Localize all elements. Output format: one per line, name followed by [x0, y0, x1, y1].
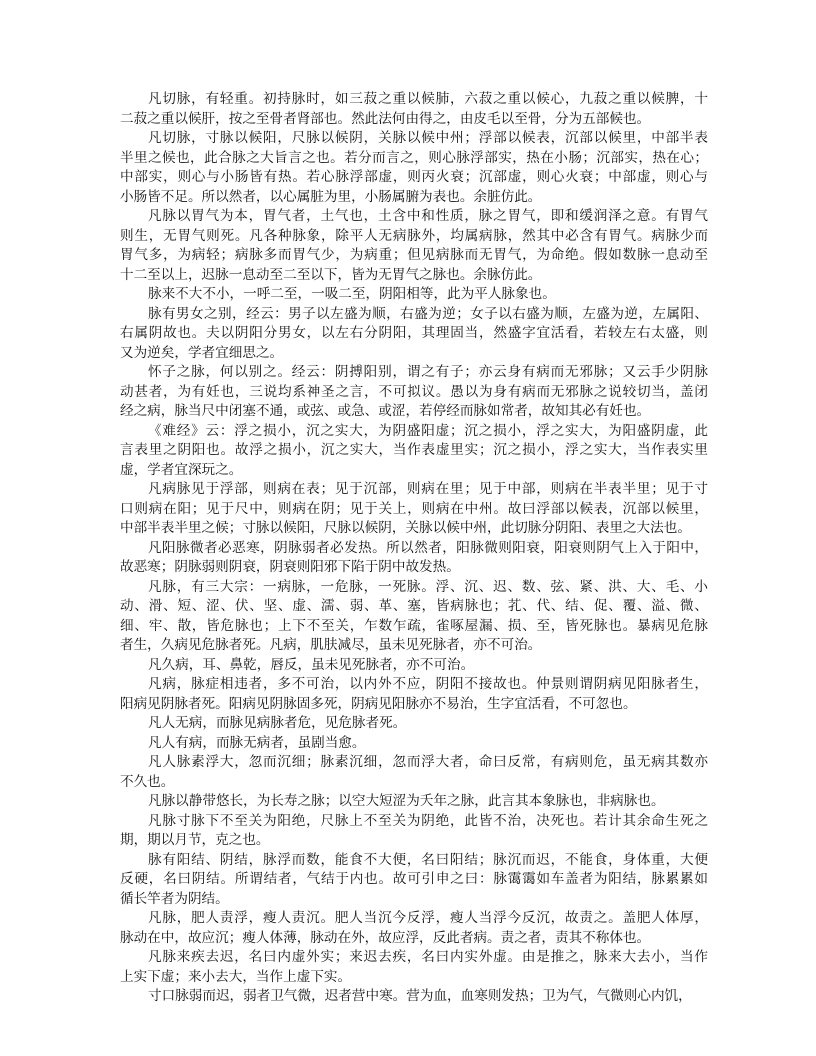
text-line: 阳病见阴脉者死。阳病见阴脉固多死，阴病见阳脉亦不易治，生字宜活看，不可忽也。 [120, 695, 708, 715]
text-line: 凡脉以胃气为本，胃气者，土气也，土含中和性质，脉之胃气，即和缓润泽之意。有胃气 [120, 207, 708, 227]
text-line: 循长竿者为阴结。 [120, 890, 708, 910]
text-line: 凡人无病，而脉见病脉者危，见危脉者死。 [120, 714, 708, 734]
paragraph: 凡人脉素浮大，忽而沉细；脉素沉细，忽而浮大者，命曰反常，有病则危，虽无病其数亦不… [120, 753, 708, 792]
paragraph: 怀子之脉，何以别之。经云：阴搏阳别，谓之有子；亦云身有病而无邪脉；又云手少阴脉动… [120, 363, 708, 422]
paragraph: 寸口脉弱而迟，弱者卫气微，迟者营中寒。营为血，血寒则发热；卫为气，气微则心内饥， [120, 987, 708, 1007]
text-line: 言表里之阴阳也。故浮之损小，沉之实大，当作表虚里实；沉之损小，浮之实大，当作表实… [120, 441, 708, 461]
text-line: 凡病脉见于浮部，则病在表；见于沉部，则病在里；见于中部，则病在半表半里；见于寸 [120, 480, 708, 500]
text-line: 半里之候也，此合脉之大旨言之也。若分而言之，则心脉浮部实，热在小肠；沉部实，热在… [120, 149, 708, 169]
text-line: 右属阴故也。夫以阴阳分男女，以左右分阴阳，其理固当，然盛字宜活看，若较左右太盛，… [120, 324, 708, 344]
text-line: 凡脉，肥人责浮，瘦人责沉。肥人当沉今反浮，瘦人当浮今反沉，故责之。盖肥人体厚， [120, 909, 708, 929]
paragraph: 凡切脉，有轻重。初持脉时，如三菽之重以候肺，六菽之重以候心，九菽之重以候脾，十二… [120, 90, 708, 129]
text-line: 脉动在中，故应沉；瘦人体薄，脉动在外，故应浮，反此者病。责之者，责其不称体也。 [120, 929, 708, 949]
paragraph: 凡人无病，而脉见病脉者危，见危脉者死。 [120, 714, 708, 734]
text-line: 凡脉以静带悠长，为长寿之脉；以空大短涩为夭年之脉，此言其本象脉也，非病脉也。 [120, 792, 708, 812]
text-line: 十二至以上，迟脉一息动至二至以下，皆为无胃气之脉也。余脉仿此。 [120, 266, 708, 286]
text-line: 脉来不大不小，一呼二至，一吸二至，阴阳相等，此为平人脉象也。 [120, 285, 708, 305]
text-line: 凡人有病，而脉无病者，虽剧当愈。 [120, 734, 708, 754]
text-line: 上实下虚；来小去大，当作上虚下实。 [120, 968, 708, 988]
text-line: 反硬，名曰阴结。所谓结者，气结于内也。故可引申之曰：脉霭霭如车盖者为阳结，脉累累… [120, 870, 708, 890]
text-line: 虚，学者宜深玩之。 [120, 461, 708, 481]
paragraph: 凡病脉见于浮部，则病在表；见于沉部，则病在里；见于中部，则病在半表半里；见于寸口… [120, 480, 708, 539]
paragraph: 凡脉寸脉下不至关为阳绝，尺脉上不至关为阴绝，此皆不治，决死也。若计其余命生死之期… [120, 812, 708, 851]
text-line: 怀子之脉，何以别之。经云：阴搏阳别，谓之有子；亦云身有病而无邪脉；又云手少阴脉 [120, 363, 708, 383]
text-line: 中部半表半里之候；寸脉以候阳，尺脉以候阴，关脉以候中州，此切脉分阴阳、表里之大法… [120, 519, 708, 539]
text-line: 凡切脉，有轻重。初持脉时，如三菽之重以候肺，六菽之重以候心，九菽之重以候脾，十 [120, 90, 708, 110]
text-line: 凡脉来疾去迟，名曰内虚外实；来迟去疾，名曰内实外虚。由是推之，脉来大去小，当作 [120, 948, 708, 968]
paragraph: 凡脉以胃气为本，胃气者，土气也，土含中和性质，脉之胃气，即和缓润泽之意。有胃气则… [120, 207, 708, 285]
text-line: 凡病，脉症相违者，多不可治，以内外不应，阴阳不接故也。仲景则谓阴病见阳脉者生， [120, 675, 708, 695]
text-line: 小肠皆不足。所以然者，以心属脏为里，小肠属腑为表也。余脏仿此。 [120, 188, 708, 208]
text-line: 脉有男女之别，经云：男子以左盛为顺，右盛为逆；女子以右盛为顺，左盛为逆，左属阳、 [120, 305, 708, 325]
paragraph: 凡人有病，而脉无病者，虽剧当愈。 [120, 734, 708, 754]
paragraph: 脉有阳结、阴结，脉浮而数，能食不大便，名曰阳结；脉沉而迟，不能食，身体重，大便反… [120, 851, 708, 910]
text-line: 凡人脉素浮大，忽而沉细；脉素沉细，忽而浮大者，命曰反常，有病则危，虽无病其数亦 [120, 753, 708, 773]
text-line: 口则病在阳；见于尺中，则病在阴；见于关上，则病在中州。故曰浮部以候表，沉部以候里… [120, 500, 708, 520]
text-line: 寸口脉弱而迟，弱者卫气微，迟者营中寒。营为血，血寒则发热；卫为气，气微则心内饥， [120, 987, 708, 1007]
text-line: 故恶寒；阴脉弱则阴衰，阴衰则阳邪下陷于阴中故发热。 [120, 558, 708, 578]
paragraph: 脉有男女之别，经云：男子以左盛为顺，右盛为逆；女子以右盛为顺，左盛为逆，左属阳、… [120, 305, 708, 364]
text-line: 凡切脉，寸脉以候阳，尺脉以候阴，关脉以候中州；浮部以候表，沉部以候里，中部半表 [120, 129, 708, 149]
text-line: 动甚者，为有妊也，三说均系神圣之言，不可拟议。愚以为身有病而无邪脉之说较切当，盖… [120, 383, 708, 403]
text-line: 凡脉寸脉下不至关为阳绝，尺脉上不至关为阴绝，此皆不治，决死也。若计其余命生死之 [120, 812, 708, 832]
paragraph: 凡脉来疾去迟，名曰内虚外实；来迟去疾，名曰内实外虚。由是推之，脉来大去小，当作上… [120, 948, 708, 987]
document-page: 凡切脉，有轻重。初持脉时，如三菽之重以候肺，六菽之重以候心，九菽之重以候脾，十二… [120, 90, 708, 1007]
text-line: 者生，久病见危脉者死。凡病，肌肤减尽，虽未见死脉者，亦不可治。 [120, 636, 708, 656]
paragraph: 凡久病，耳、鼻乾，唇反，虽未见死脉者，亦不可治。 [120, 656, 708, 676]
text-line: 凡久病，耳、鼻乾，唇反，虽未见死脉者，亦不可治。 [120, 656, 708, 676]
text-line: 期，期以月节，克之也。 [120, 831, 708, 851]
paragraph: 脉来不大不小，一呼二至，一吸二至，阴阳相等，此为平人脉象也。 [120, 285, 708, 305]
text-line: 二菽之重以候肝，按之至骨者肾部也。然此法何由得之，由皮毛以至骨，分为五部候也。 [120, 110, 708, 130]
paragraph: 凡脉，肥人责浮，瘦人责沉。肥人当沉今反浮，瘦人当浮今反沉，故责之。盖肥人体厚，脉… [120, 909, 708, 948]
text-line: 胃气多，为病轻；病脉多而胃气少，为病重；但见病脉而无胃气，为命绝。假如数脉一息动… [120, 246, 708, 266]
paragraph: 凡病，脉症相违者，多不可治，以内外不应，阴阳不接故也。仲景则谓阴病见阳脉者生，阳… [120, 675, 708, 714]
text-line: 则生，无胃气则死。凡各种脉象，除平人无病脉外，均属病脉，然其中必含有胃气。病脉少… [120, 227, 708, 247]
text-line: 中部实，则心与小肠皆有热。若心脉浮部虚，则丙火衰；沉部虚，则心火衰；中部虚，则心… [120, 168, 708, 188]
paragraph: 凡阳脉微者必恶寒，阴脉弱者必发热。所以然者，阳脉微则阳衰，阳衰则阴气上入于阳中，… [120, 539, 708, 578]
text-line: 经之病，脉当尺中闭塞不通，或弦、或急、或涩，若停经而脉如常者，故知其必有妊也。 [120, 402, 708, 422]
text-line: 《难经》云：浮之损小，沉之实大，为阴盛阳虚；沉之损小，浮之实大，为阳盛阴虚，此 [120, 422, 708, 442]
text-line: 凡阳脉微者必恶寒，阴脉弱者必发热。所以然者，阳脉微则阳衰，阳衰则阴气上入于阳中， [120, 539, 708, 559]
text-line: 动、滑、短、涩、伏、坚、虚、濡、弱、革、塞，皆病脉也；芤、代、结、促、覆、溢、微… [120, 597, 708, 617]
text-line: 细、牢、散，皆危脉也；上下不至关，乍数乍疏，雀啄屋漏、损、至，皆死脉也。暴病见危… [120, 617, 708, 637]
text-line: 脉有阳结、阴结，脉浮而数，能食不大便，名曰阳结；脉沉而迟，不能食，身体重，大便 [120, 851, 708, 871]
text-line: 又为逆矣，学者宜细思之。 [120, 344, 708, 364]
text-line: 不久也。 [120, 773, 708, 793]
paragraph: 《难经》云：浮之损小，沉之实大，为阴盛阳虚；沉之损小，浮之实大，为阳盛阴虚，此言… [120, 422, 708, 481]
paragraph: 凡切脉，寸脉以候阳，尺脉以候阴，关脉以候中州；浮部以候表，沉部以候里，中部半表半… [120, 129, 708, 207]
paragraph: 凡脉以静带悠长，为长寿之脉；以空大短涩为夭年之脉，此言其本象脉也，非病脉也。 [120, 792, 708, 812]
text-line: 凡脉，有三大宗：一病脉，一危脉，一死脉。浮、沉、迟、数、弦、紧、洪、大、毛、小 [120, 578, 708, 598]
paragraph: 凡脉，有三大宗：一病脉，一危脉，一死脉。浮、沉、迟、数、弦、紧、洪、大、毛、小动… [120, 578, 708, 656]
